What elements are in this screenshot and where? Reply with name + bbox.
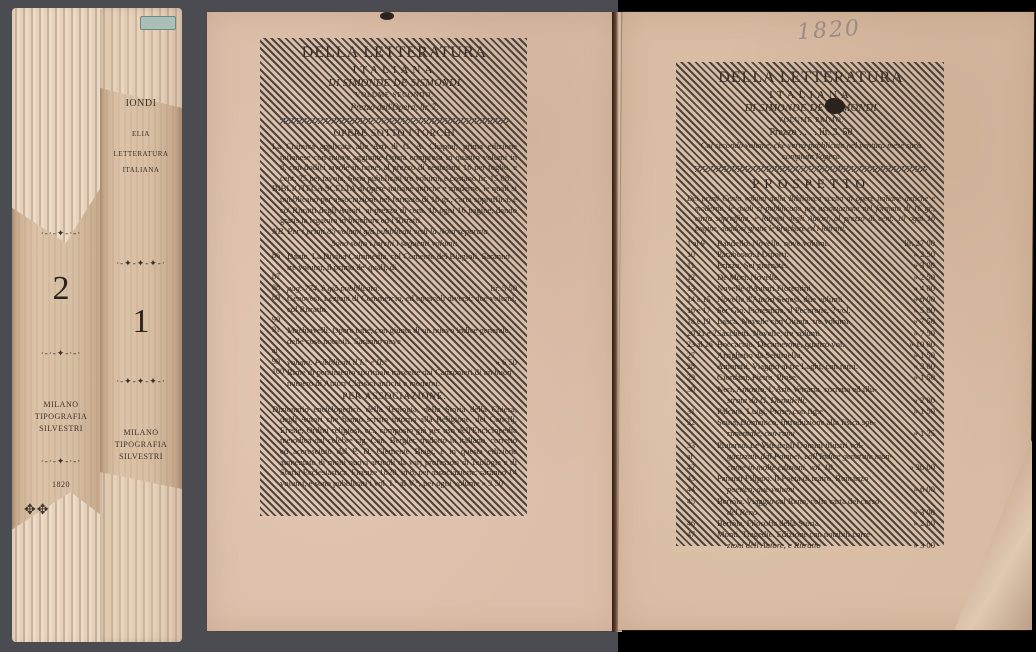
page-mark xyxy=(380,12,394,20)
list-entry: 100Rime di pentimento spirituale trascel… xyxy=(272,367,517,388)
list-entry: 28Amoretti. Viaggio ai tre Laghi, con ra… xyxy=(687,361,935,372)
spine-ornament: ·-·-✦-·-· xyxy=(12,228,110,239)
section-heading: PER ASSOCIAZIONE. xyxy=(272,391,517,403)
spine-wear xyxy=(100,472,182,642)
list-entry: 45Bertòla. Viaggio sul Reno, colla carta… xyxy=(687,496,935,507)
list-entry: 1 al 9Bandello. Novelle, nove volumi.lir… xyxy=(687,238,935,249)
spine-imprint-press: TIPOGRAFIA xyxy=(12,412,110,421)
wavy-divider xyxy=(695,166,927,172)
spine-ornament: ·-✦-✦-✦-· xyxy=(100,376,182,387)
list-entry: 11Erizzo. Sei giornate.» 3 00 xyxy=(687,260,935,271)
spine-title-line: ITALIANA xyxy=(100,166,182,174)
spine-title-line: LETTERATURA xyxy=(100,150,182,158)
spine-year: 1820 xyxy=(12,480,110,489)
spine-volume-number: 2 xyxy=(12,270,110,308)
list-entry: 88pag. 774, è già pubblicato.lir. 5 50 xyxy=(272,283,517,294)
list-entry: 20 21 e 22Sacchetti. Novelle, tre volumi… xyxy=(687,328,935,339)
volume-label: VOLUME PRIMO. xyxy=(687,115,935,126)
list-entry: 99volumi. Pubblicati il I.° e II.°» 6 50 xyxy=(272,357,517,368)
spine-ornament: ✥✥ xyxy=(12,502,110,519)
book-subtitle: ITALIANA xyxy=(272,63,517,77)
section-heading: PROSPETTO xyxy=(687,176,935,192)
right-page-content: DELLA LETTERATURA ITALIANA DI SIMONDE DE… xyxy=(687,68,935,552)
section-heading: OPERE SOTTO I TORCHI xyxy=(272,128,517,140)
list-entry: zioni dell'Autore, e Ritratto» 3 00 xyxy=(687,540,935,551)
spine-imprint-press: TIPOGRAFIA xyxy=(100,440,182,449)
list-entry: al xyxy=(272,346,517,357)
price-line: Prezzo dell'Opera, lir. 7. xyxy=(272,101,517,114)
list-entry: 23 al 26Boccaccio, Decamerone, quattro v… xyxy=(687,339,935,350)
list-entry: 27Arrighetto da Settimello.» 1 50 xyxy=(687,350,935,361)
list-entry: 47Monti. Tragedie. Edizione con notabili… xyxy=(687,529,935,540)
list-entry: 13Novelle d'Autori Fiorentini» 4 00 xyxy=(687,283,935,294)
list-entry: 29Giordani, Pietro. Prose.» 1 50 xyxy=(687,372,935,383)
spine-imprint-city: MILANO xyxy=(12,400,110,409)
list-entry: 30Neri, Antonio. L'Arte Vetraria, corret… xyxy=(687,384,935,395)
price-line: Prezzo . . . . lir. 3. 50 xyxy=(687,126,935,140)
list-entry: del Reno.» 3 00 xyxy=(687,507,935,518)
paragraph: La Chimica applicata alle Arti di G. A. … xyxy=(272,141,517,183)
book-title: DELLA LETTERATURA xyxy=(687,68,935,88)
list-entry: 32Scinà, Domenico. Introduzione alla fis… xyxy=(687,417,935,428)
sub-heading: Sono sotto i torchi i seguenti volumi: xyxy=(272,238,517,249)
wavy-divider xyxy=(280,118,509,124)
spine-ornament: ·-✦-✦-✦-· xyxy=(100,258,182,269)
list-entry: 90 xyxy=(272,315,517,326)
spine-imprint-press: SILVESTRI xyxy=(100,452,182,461)
prospectus-list: 1 al 9Bandello. Novelle, nove volumi.lir… xyxy=(687,238,935,552)
spine-volume-number: 1 xyxy=(100,303,182,341)
paragraph-note: NB. Per i primi 85 volumi già pubblicati… xyxy=(272,226,517,237)
list-entry: rimentale, con rami» 1 25 xyxy=(687,428,935,439)
list-entry: 10Parabosco. I Diporti.» 2 50 xyxy=(687,249,935,260)
book-author: DI SIMONDE DE SISMONDI xyxy=(272,77,517,90)
volume-label: VOLUME SECONDO. xyxy=(272,90,517,101)
list-entry: 87 xyxy=(272,272,517,283)
handwritten-year: 1820 xyxy=(796,16,862,45)
list-entry: 44poetico, due volumi» 6 00 xyxy=(687,484,935,495)
publication-note: Col secondo volume, che verrà pubblicato… xyxy=(687,140,935,162)
book-spine-volume-2: ·-·-✦-·-· 2 ·-·-✦-·-· MILANO TIPOGRAFIA … xyxy=(12,8,110,642)
spine-wear xyxy=(12,8,110,243)
list-entry: 12De Mori. Novelle.» 2 50 xyxy=(687,272,935,283)
paragraph: Dizionario enciclopedico della Teologia,… xyxy=(272,404,517,489)
ink-blot xyxy=(825,98,845,114)
list-entry: 46Bertòla. Filosofia della Storia.» 2 00 xyxy=(687,518,935,529)
list-entry: 31Palcani, Luigi. Prose, con fig.e» 1 50 xyxy=(687,406,935,417)
spine-title-line: ELIA xyxy=(100,130,182,138)
list-entry: 86Dante. La Divina Commedia, col Comento… xyxy=(272,251,517,272)
spine-ornament: ·-·-✦-·-· xyxy=(12,348,110,359)
spine-label-sticker xyxy=(140,16,176,30)
list-entry: 14 e 15Novelle d'Autori Senesi, due volu… xyxy=(687,294,935,305)
paragraph: BIBLIOTECA SCELTA di opere italiane anti… xyxy=(272,183,517,225)
left-page-content: DELLA LETTERATURA ITALIANA DI SIMONDE DE… xyxy=(272,43,517,488)
list-entry: 18 e 19Lasca. Novelle con Giunta, tre vo… xyxy=(687,316,935,327)
spine-imprint-city: MILANO xyxy=(100,428,182,437)
list-entry: 89Genovesi. Lezioni di Commercio, ed opu… xyxy=(272,293,517,314)
list-entry: 16 e 17Ser Gio. Fiorentino, il Pecorone,… xyxy=(687,305,935,316)
list-entry: algarizzate dal Pompei, coll'Indice gene… xyxy=(687,451,935,462)
spine-imprint-press: SILVESTRI xyxy=(12,424,110,433)
spine-ornament: ·-·-✦-·-· xyxy=(12,456,110,467)
book-title: DELLA LETTERATURA xyxy=(272,43,517,63)
list-entry: 91Machiavelli. Opere tutte, con giunta d… xyxy=(272,325,517,346)
prospectus-intro: Dei primi Cento volumi della Biblioteca … xyxy=(687,194,935,234)
list-entry: strata da G. Donadelli.» 2 00 xyxy=(687,395,935,406)
book-author: DI SIMONDE DE SISMONDI xyxy=(687,102,935,115)
list-entry: 42cante in molte edizioni, vol. 10.» 30 … xyxy=(687,462,935,473)
spine-author: IONDI xyxy=(100,98,182,109)
book-spine-volume-1: IONDI ELIA LETTERATURA ITALIANA ·-✦-✦-✦-… xyxy=(100,8,182,642)
book-subtitle: ITALIANA xyxy=(687,88,935,102)
list-entry: 43Pananti Filippo. Il Poeta di teatro, R… xyxy=(687,473,935,484)
list-entry: 33Plutarco. Le Vite degli Uomini illustr… xyxy=(687,440,935,451)
